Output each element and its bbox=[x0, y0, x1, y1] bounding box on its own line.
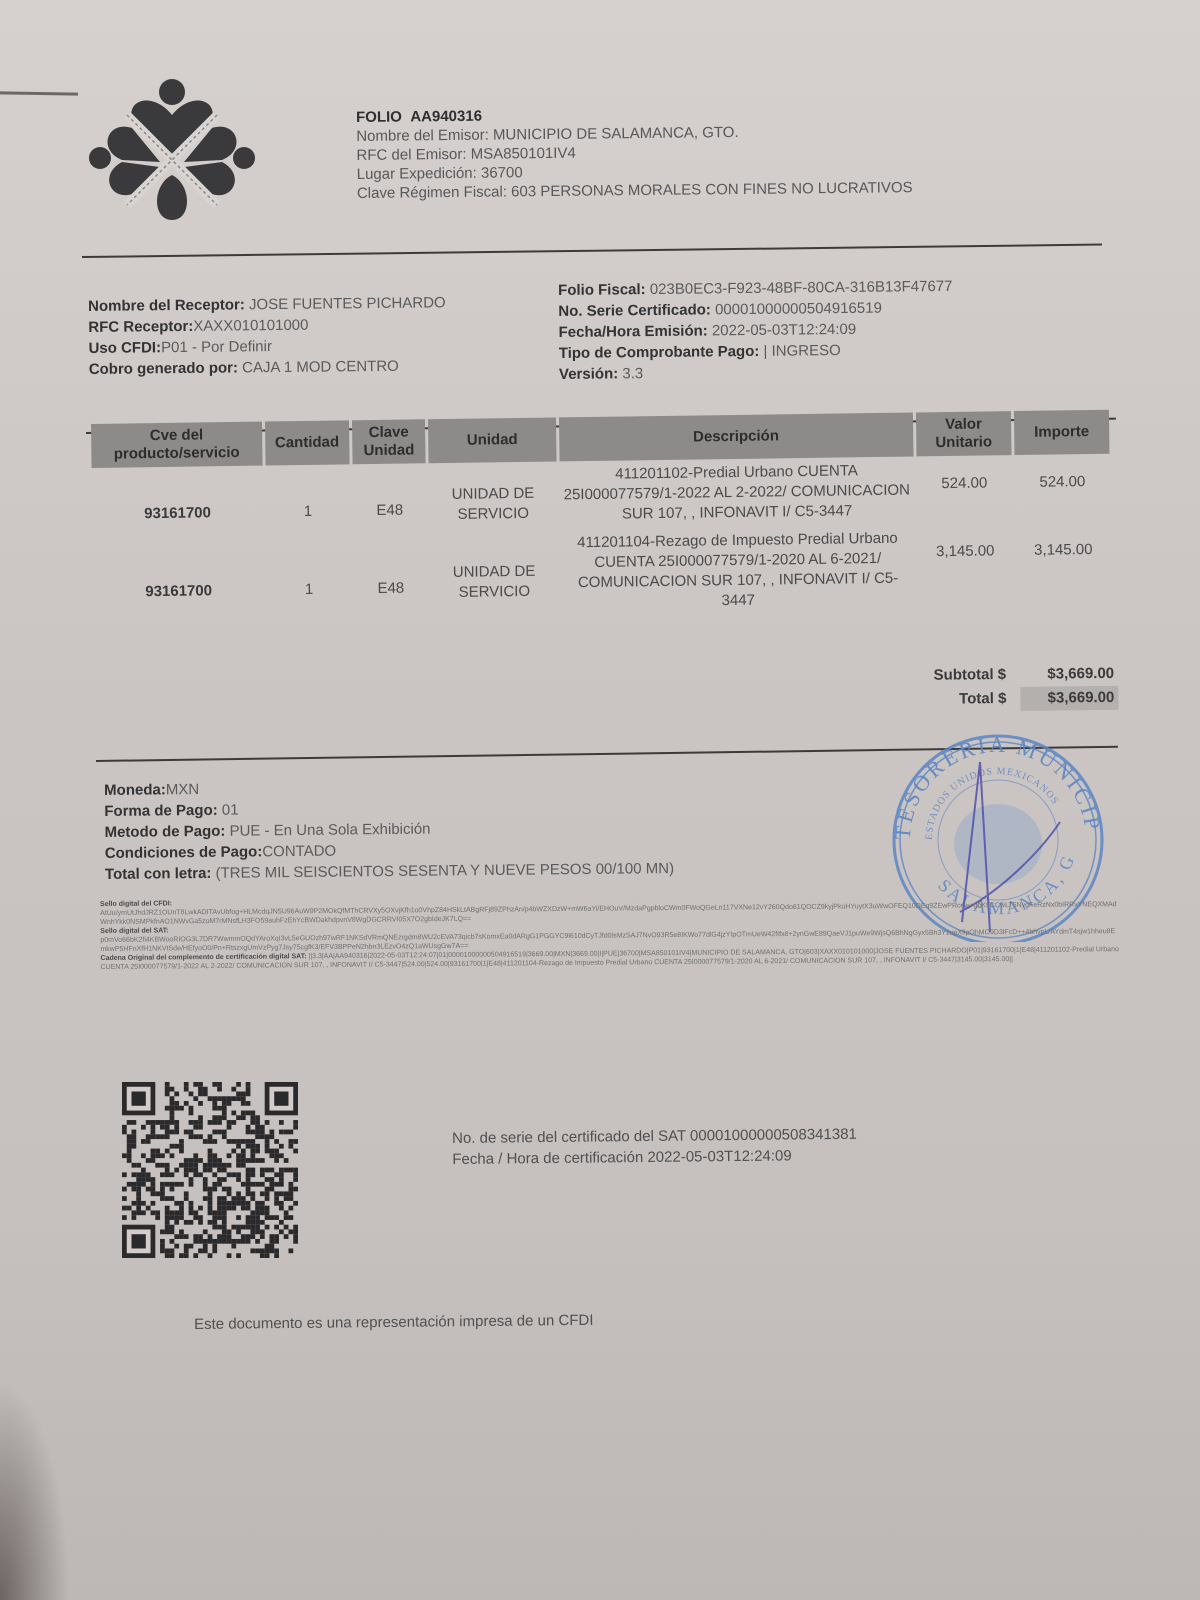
divider-1 bbox=[82, 244, 1102, 258]
version-label: Versión: bbox=[559, 365, 618, 383]
cert-serie-label: No. de serie del certificado del SAT bbox=[452, 1128, 686, 1147]
cert-serie-value: 00001000000508341381 bbox=[690, 1126, 857, 1145]
total-letra-label: Total con letra: bbox=[105, 865, 212, 883]
cell-unidad: UNIDAD DE SERVICIO bbox=[430, 529, 559, 619]
cell-clave-unidad: E48 bbox=[353, 531, 428, 620]
emisor-rfc-label: RFC del Emisor: bbox=[356, 146, 466, 164]
cell-valor-unitario: 524.00 bbox=[916, 455, 1012, 524]
cert-fecha-value: 2022-05-03T12:24:09 bbox=[647, 1147, 791, 1166]
header-valor-unitario: Valor Unitario bbox=[916, 411, 1012, 456]
header-descripcion: Descripción bbox=[559, 412, 914, 461]
totals-block: Subtotal $$3,669.00 Total $$3,669.00 bbox=[910, 662, 1118, 712]
concepts-table-wrapper: Cve del producto/servicio Cantidad Clave… bbox=[88, 410, 1121, 624]
cfdi-invoice-page: FOLIO AA940316 Nombre del Emisor: MUNICI… bbox=[0, 0, 1200, 1600]
moneda-value: MXN bbox=[166, 781, 200, 798]
cadena-label: Cadena Original del complemento de certi… bbox=[100, 953, 306, 962]
total-label: Total $ bbox=[910, 687, 1006, 712]
regimen-label: Clave Régimen Fiscal: bbox=[357, 183, 507, 202]
cell-cve: 93161700 bbox=[92, 466, 264, 536]
cell-valor-unitario: 3,145.00 bbox=[917, 523, 1013, 612]
folio-fiscal-label: Folio Fiscal: bbox=[558, 281, 646, 299]
cell-descripcion: 411201102-Predial Urbano CUENTA 25I00007… bbox=[559, 456, 914, 529]
metodo-pago-label: Metodo de Pago: bbox=[104, 823, 225, 841]
metodo-pago-value: PUE - En Una Sola Exhibición bbox=[229, 821, 430, 840]
receptor-block: Nombre del Receptor: JOSE FUENTES PICHAR… bbox=[88, 292, 446, 380]
cert-fecha-label: Fecha / Hora de certificación bbox=[452, 1149, 643, 1168]
serie-certificado-value: 00001000000504916519 bbox=[715, 300, 882, 319]
sello-sat-label: Sello digital del SAT: bbox=[100, 927, 168, 935]
serie-certificado-label: No. Serie Certificado: bbox=[558, 301, 711, 320]
subtotal-value: $3,669.00 bbox=[1020, 662, 1118, 687]
paper-edge-line bbox=[0, 91, 78, 95]
footer-note: Este documento es una representación imp… bbox=[194, 1312, 594, 1333]
receptor-nombre-value: JOSE FUENTES PICHARDO bbox=[249, 294, 446, 313]
cell-cve: 93161700 bbox=[93, 534, 265, 624]
cobro-value: CAJA 1 MOD CENTRO bbox=[242, 358, 399, 377]
tipo-comprobante-value: | INGRESO bbox=[763, 342, 840, 360]
cobro-label: Cobro generado por: bbox=[89, 359, 238, 378]
emisor-nombre-value: MUNICIPIO DE SALAMANCA, GTO. bbox=[493, 124, 739, 144]
folio-value: AA940316 bbox=[410, 108, 482, 126]
folio-label: FOLIO bbox=[356, 109, 402, 126]
subtotal-label: Subtotal $ bbox=[910, 663, 1006, 688]
receptor-rfc-label: RFC Receptor: bbox=[88, 318, 193, 336]
cell-cantidad: 1 bbox=[265, 464, 350, 533]
receptor-nombre-label: Nombre del Receptor: bbox=[88, 296, 245, 315]
receptor-rfc-value: XAXX010101000 bbox=[193, 317, 308, 335]
header-unidad: Unidad bbox=[428, 417, 556, 463]
uso-cfdi-value: P01 - Por Definir bbox=[161, 338, 272, 356]
regimen-value: 603 PERSONAS MORALES CON FINES NO LUCRAT… bbox=[511, 179, 913, 200]
condiciones-pago-value: CONTADO bbox=[262, 843, 336, 861]
uso-cfdi-label: Uso CFDI: bbox=[88, 339, 161, 357]
condiciones-pago-label: Condiciones de Pago: bbox=[105, 843, 263, 862]
qr-code-icon bbox=[122, 1082, 298, 1258]
fiscal-block: Folio Fiscal: 023B0EC3-F923-48BF-80CA-31… bbox=[558, 276, 953, 385]
municipal-logo-icon bbox=[82, 70, 262, 220]
cell-clave-unidad: E48 bbox=[352, 463, 426, 532]
cell-importe: 524.00 bbox=[1014, 454, 1110, 523]
payment-block: Moneda:MXN Forma de Pago: 01 Metodo de P… bbox=[104, 774, 674, 885]
lugar-value: 36700 bbox=[481, 164, 523, 181]
fecha-emision-value: 2022-05-03T12:24:09 bbox=[712, 321, 856, 340]
emisor-nombre-label: Nombre del Emisor: bbox=[356, 127, 489, 145]
concepts-table: Cve del producto/servicio Cantidad Clave… bbox=[88, 410, 1115, 624]
header-importe: Importe bbox=[1014, 410, 1110, 455]
emisor-block: FOLIO AA940316 Nombre del Emisor: MUNICI… bbox=[356, 102, 913, 203]
cell-importe: 3,145.00 bbox=[1015, 522, 1111, 611]
cell-unidad: UNIDAD DE SERVICIO bbox=[429, 461, 557, 531]
certification-block: No. de serie del certificado del SAT 000… bbox=[452, 1124, 857, 1170]
forma-pago-label: Forma de Pago: bbox=[104, 802, 218, 820]
fecha-emision-label: Fecha/Hora Emisión: bbox=[558, 322, 707, 341]
tipo-comprobante-label: Tipo de Comprobante Pago: bbox=[559, 343, 760, 362]
forma-pago-value: 01 bbox=[222, 802, 239, 819]
digital-seals-block: Sello digital del CFDI: AtUu/ymUtJhdJRZ1… bbox=[100, 891, 1121, 972]
emisor-rfc-value: MSA850101IV4 bbox=[471, 145, 576, 163]
photo-shadow bbox=[0, 1380, 70, 1600]
total-letra-value: (TRES MIL SEISCIENTOS SESENTA Y NUEVE PE… bbox=[215, 860, 674, 882]
cell-cantidad: 1 bbox=[266, 532, 351, 621]
header-clave-unidad: Clave Unidad bbox=[352, 419, 426, 464]
lugar-label: Lugar Expedición: bbox=[357, 165, 477, 183]
header-cantidad: Cantidad bbox=[265, 420, 350, 465]
header-cve: Cve del producto/servicio bbox=[91, 422, 262, 468]
folio-fiscal-value: 023B0EC3-F923-48BF-80CA-316B13F47677 bbox=[650, 278, 953, 298]
total-value: $3,669.00 bbox=[1020, 686, 1118, 711]
moneda-label: Moneda: bbox=[104, 781, 166, 799]
table-row: 93161700 1 E48 UNIDAD DE SERVICIO 411201… bbox=[93, 522, 1112, 624]
version-value: 3.3 bbox=[622, 365, 643, 382]
cell-descripcion: 411201104-Rezago de Impuesto Predial Urb… bbox=[560, 524, 915, 617]
sello-cfdi-label: Sello digital del CFDI: bbox=[100, 900, 172, 908]
